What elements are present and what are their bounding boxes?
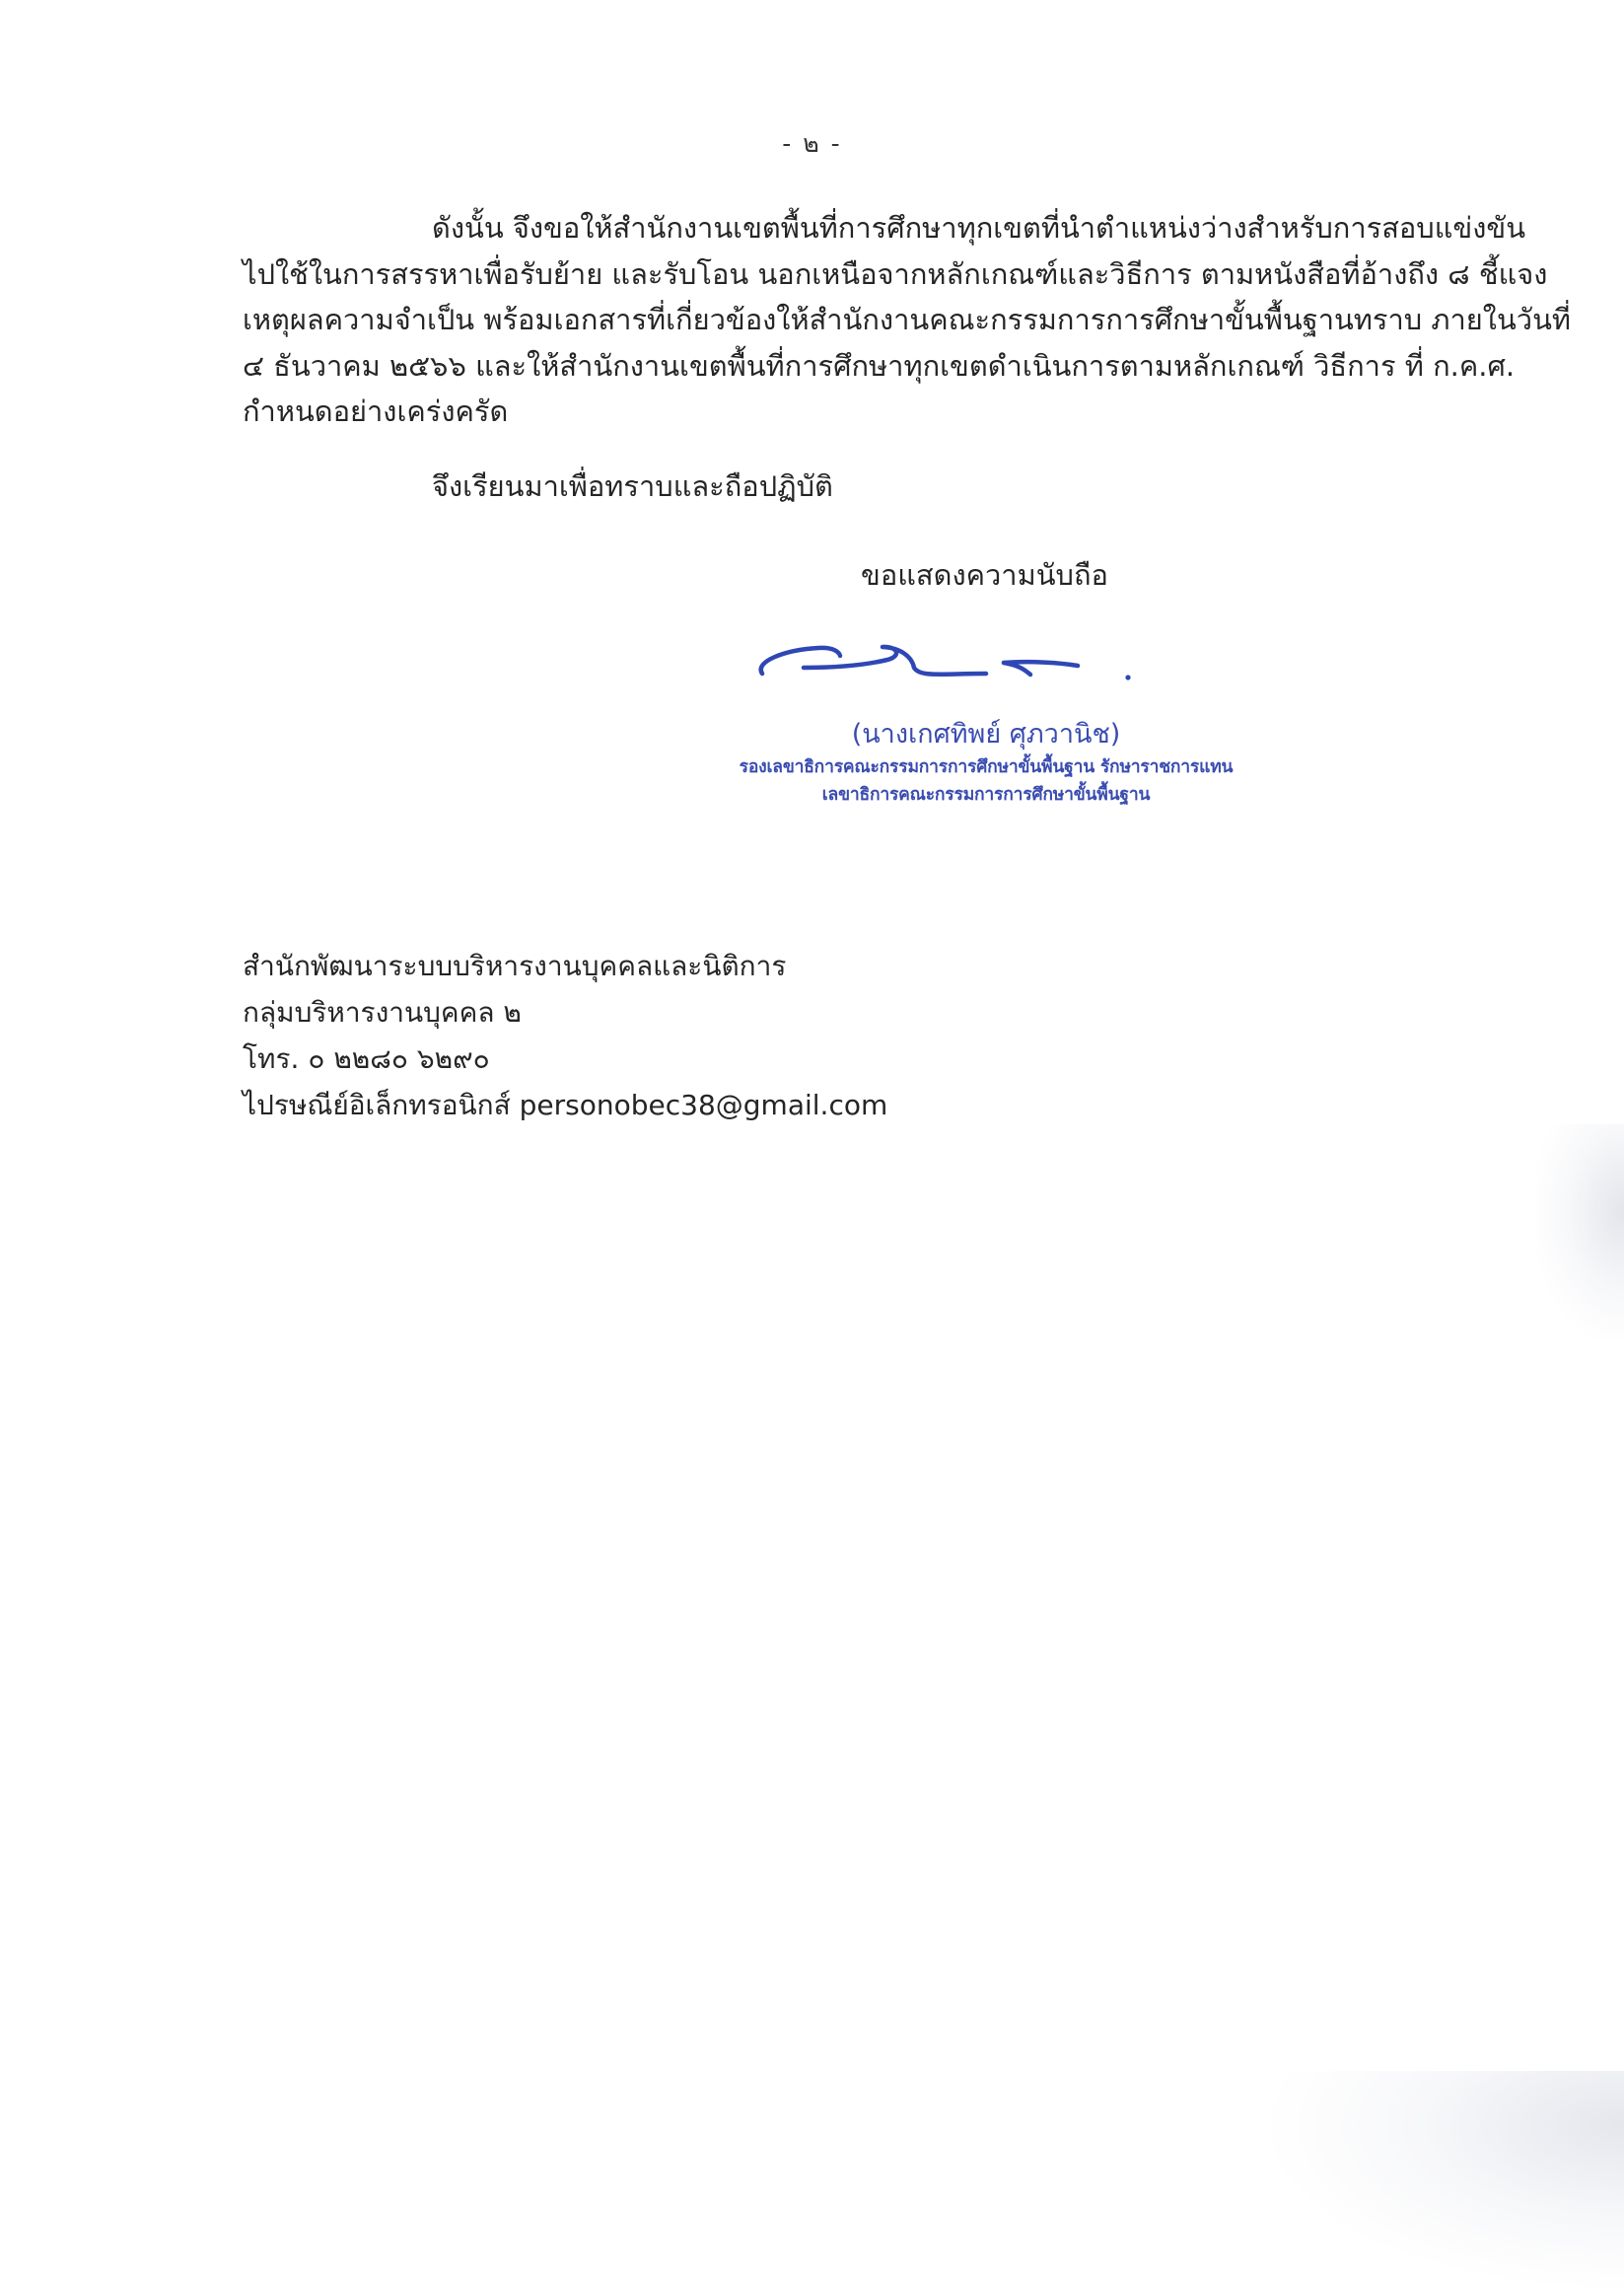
signer-block: (นางเกศทิพย์ ศุภวานิช) รองเลขาธิการคณะกร…	[631, 716, 1341, 809]
office-name: สำนักพัฒนาระบบบริหารงานบุคคลและนิติการ	[243, 943, 887, 989]
email-label: ไปรษณีย์อิเล็กทรอนิกส์	[243, 1089, 520, 1121]
paragraph-line: ๔ ธันวาคม ๒๕๖๖ และให้สำนักงานเขตพื้นที่ก…	[243, 343, 1515, 390]
group-name: กลุ่มบริหารงานบุคคล ๒	[243, 989, 887, 1036]
paragraph-line: กำหนดอย่างเคร่งครัด	[243, 389, 1515, 435]
signature-icon	[725, 616, 1198, 685]
signer-name: (นางเกศทิพย์ ศุภวานิช)	[631, 716, 1341, 753]
email-line: ไปรษณีย์อิเล็กทรอนิกส์ personobec38@gmai…	[243, 1082, 887, 1128]
email-address[interactable]: personobec38@gmail.com	[520, 1089, 888, 1121]
paragraph-line: ไปใช้ในการสรรหาเพื่อรับย้าย และรับโอน นอ…	[243, 251, 1515, 298]
page-number: - ๒ -	[0, 124, 1624, 164]
paragraph-line: เหตุผลความจำเป็น พร้อมเอกสารที่เกี่ยวข้อ…	[243, 297, 1515, 343]
signer-title: เลขาธิการคณะกรรมการการศึกษาขั้นพื้นฐาน	[631, 781, 1341, 809]
phone-number: โทร. ๐ ๒๒๘๐ ๖๒๙๐	[243, 1036, 887, 1082]
contact-footer: สำนักพัฒนาระบบบริหารงานบุคคลและนิติการ ก…	[243, 943, 887, 1128]
scan-shadow	[1269, 2071, 1624, 2288]
body-paragraph: ดังนั้น จึงขอให้สำนักงานเขตพื้นที่การศึก…	[243, 205, 1515, 435]
document-page: - ๒ - ดังนั้น จึงขอให้สำนักงานเขตพื้นที่…	[0, 0, 1624, 2288]
closing-statement: จึงเรียนมาเพื่อทราบและถือปฏิบัติ	[432, 464, 833, 509]
signer-title: รองเลขาธิการคณะกรรมการการศึกษาขั้นพื้นฐา…	[631, 753, 1341, 781]
regards-line: ขอแสดงความนับถือ	[861, 552, 1108, 598]
paragraph-line: ดังนั้น จึงขอให้สำนักงานเขตพื้นที่การศึก…	[243, 205, 1515, 251]
scan-shadow	[1535, 1124, 1624, 1341]
